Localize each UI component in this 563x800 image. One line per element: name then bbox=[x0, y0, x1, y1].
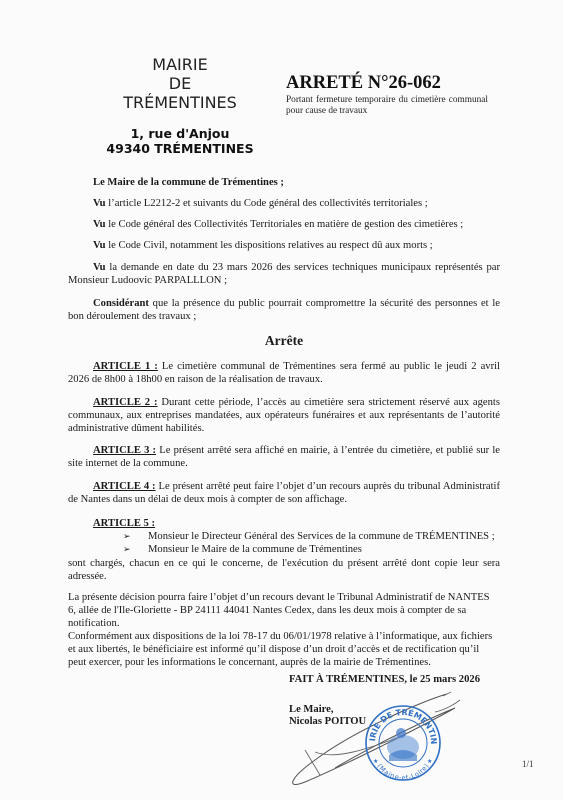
vu-item: Vu la demande en date du 23 mars 2026 de… bbox=[68, 261, 500, 287]
mairie-line: TRÉMENTINES bbox=[80, 93, 280, 112]
mairie-line: MAIRIE bbox=[80, 55, 280, 74]
arrete-header: ARRETÉ N°26-062 Portant fermeture tempor… bbox=[286, 73, 488, 117]
vu-lead: Vu bbox=[93, 219, 106, 230]
mairie-line: DE bbox=[80, 74, 280, 93]
arrow-bullet-icon: ➢ bbox=[68, 543, 148, 556]
bullet-text: Monsieur le Directeur Général des Servic… bbox=[148, 530, 495, 543]
vu-item: Vu le Code général des Collectivités Ter… bbox=[68, 218, 500, 231]
vu-lead: Vu bbox=[93, 198, 106, 209]
arrow-bullet-icon: ➢ bbox=[68, 530, 148, 543]
article-5-closing: sont chargés, chacun en ce qui le concer… bbox=[68, 557, 500, 583]
section-title: Arrête bbox=[68, 333, 500, 349]
article-label: ARTICLE 5 : bbox=[93, 518, 155, 529]
page-number: 1/1 bbox=[522, 759, 534, 769]
article-5-bullets: ➢ Monsieur le Directeur Général des Serv… bbox=[68, 530, 500, 556]
article-3: ARTICLE 3 : Le présent arrêté sera affic… bbox=[68, 444, 500, 470]
svg-text:★: ★ bbox=[427, 758, 432, 765]
article-label: ARTICLE 4 : bbox=[93, 481, 156, 492]
vu-text: le Code général des Collectivités Territ… bbox=[106, 219, 464, 230]
article-label: ARTICLE 2 : bbox=[93, 397, 158, 408]
article-label: ARTICLE 3 : bbox=[93, 445, 156, 456]
article-2: ARTICLE 2 : Durant cette période, l’accè… bbox=[68, 396, 500, 435]
bullet-item: ➢ Monsieur le Directeur Général des Serv… bbox=[68, 530, 500, 543]
arrete-subtitle: Portant fermeture temporaire du cimetièr… bbox=[286, 95, 488, 117]
address-city: 49340 TRÉMENTINES bbox=[80, 141, 280, 156]
bullet-item: ➢ Monsieur le Maire de la commune de Tré… bbox=[68, 543, 500, 556]
vu-item: Vu l’article L2212-2 et suivants du Code… bbox=[68, 197, 500, 210]
article-1: ARTICLE 1 : Le cimetière communal de Tré… bbox=[68, 360, 500, 386]
article-label: ARTICLE 1 : bbox=[93, 361, 158, 372]
cnil-note: Conformément aux dispositions de la loi … bbox=[68, 630, 500, 669]
svg-text:(Maine-et-Loire): (Maine-et-Loire) bbox=[376, 762, 431, 782]
vu-text: la demande en date du 23 mars 2026 des s… bbox=[68, 262, 500, 286]
article-5: ARTICLE 5 : bbox=[68, 517, 500, 530]
considerant: Considérant que la présence du public po… bbox=[68, 297, 500, 323]
vu-lead: Vu bbox=[93, 262, 106, 273]
vu-lead: Vu bbox=[93, 240, 106, 251]
maire-line: Le Maire de la commune de Trémentines ; bbox=[68, 176, 500, 189]
address-street: 1, rue d'Anjou bbox=[80, 126, 280, 141]
recours-note: La présente décision pourra faire l’obje… bbox=[68, 591, 500, 630]
vu-text: l’article L2212-2 et suivants du Code gé… bbox=[106, 198, 428, 209]
article-4: ARTICLE 4 : Le présent arrêté peut faire… bbox=[68, 480, 500, 506]
document-page: MAIRIE DE TRÉMENTINES 1, rue d'Anjou 493… bbox=[0, 0, 563, 800]
mairie-address: 1, rue d'Anjou 49340 TRÉMENTINES bbox=[80, 126, 280, 156]
vu-item: Vu le Code Civil, notamment les disposit… bbox=[68, 239, 500, 252]
bullet-text: Monsieur le Maire de la commune de Tréme… bbox=[148, 543, 362, 556]
vu-text: le Code Civil, notamment les disposition… bbox=[106, 240, 433, 251]
mairie-header: MAIRIE DE TRÉMENTINES 1, rue d'Anjou 493… bbox=[80, 55, 280, 156]
arrete-title: ARRETÉ N°26-062 bbox=[286, 73, 488, 93]
svg-text:★: ★ bbox=[373, 758, 378, 765]
considerant-lead: Considérant bbox=[93, 298, 149, 309]
mairie-stamp-icon: MAIRIE DE TRÉMENTINES (Maine-et-Loire) ★… bbox=[363, 703, 443, 783]
fait-a: FAIT À TRÉMENTINES, le 25 mars 2026 bbox=[289, 673, 480, 686]
